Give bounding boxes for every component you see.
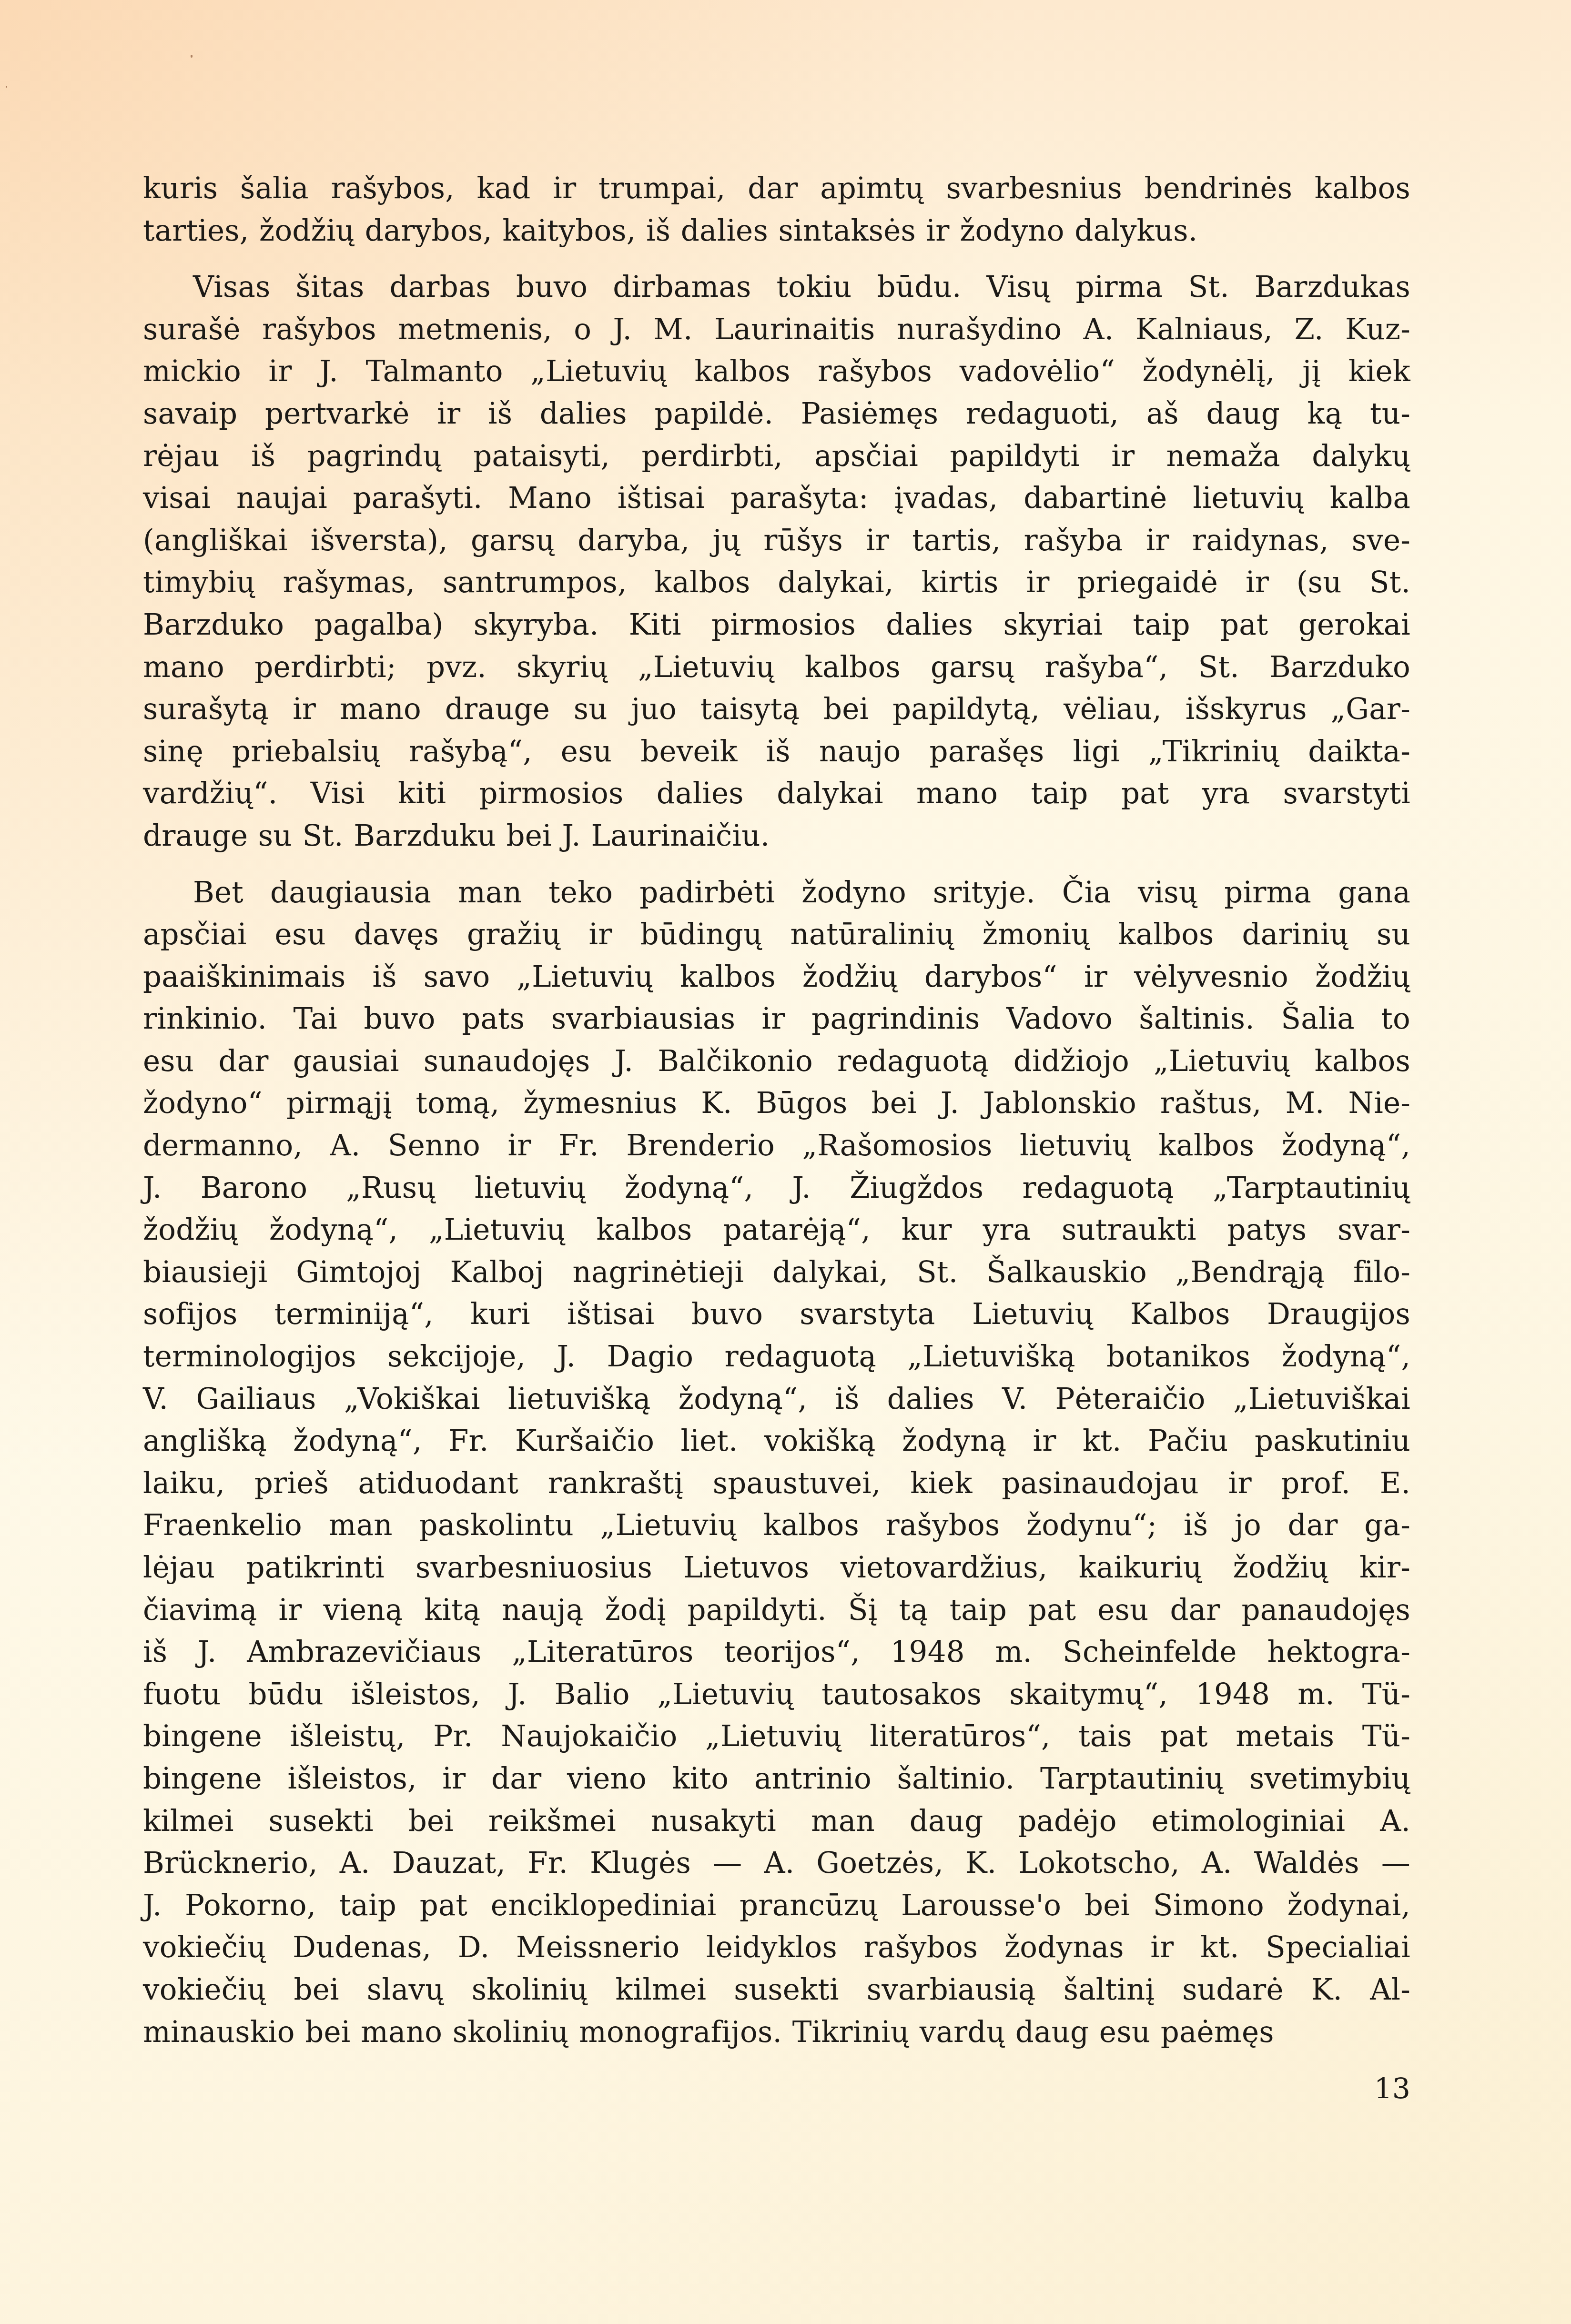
text-line: terminologijos sekcijoje, J. Dagio redag… xyxy=(143,1336,1410,1378)
text-line: čiavimą ir vieną kitą naują žodį papildy… xyxy=(143,1589,1410,1632)
text-line: tarties, žodžių darybos, kaitybos, iš da… xyxy=(143,210,1410,253)
page-body: kuris šalia rašybos, kad ir trumpai, dar… xyxy=(143,168,1410,2053)
text-line: mickio ir J. Talmanto „Lietuvių kalbos r… xyxy=(143,351,1410,393)
text-line: anglišką žodyną“, Fr. Kuršaičio liet. vo… xyxy=(143,1420,1410,1463)
text-line: vokiečių Dudenas, D. Meissnerio leidyklo… xyxy=(143,1927,1410,1969)
text-column: kuris šalia rašybos, kad ir trumpai, dar… xyxy=(143,168,1410,2053)
text-line: timybių rašymas, santrumpos, kalbos daly… xyxy=(143,562,1410,604)
text-line: fuotu būdu išleistos, J. Balio „Lietuvių… xyxy=(143,1674,1410,1716)
text-line: lėjau patikrinti svarbesniuosius Lietuvo… xyxy=(143,1547,1410,1589)
text-line: vardžių“. Visi kiti pirmosios dalies dal… xyxy=(143,773,1410,815)
text-line: (angliškai išversta), garsų daryba, jų r… xyxy=(143,520,1410,562)
text-line: kilmei susekti bei reikšmei nusakyti man… xyxy=(143,1800,1410,1843)
text-line: Brücknerio, A. Dauzat, Fr. Klugės — A. G… xyxy=(143,1842,1410,1885)
text-line: Barzduko pagalba) skyryba. Kiti pirmosio… xyxy=(143,604,1410,647)
text-line: sofijos terminiją“, kuri ištisai buvo sv… xyxy=(143,1293,1410,1336)
text-line: rinkinio. Tai buvo pats svarbiausias ir … xyxy=(143,998,1410,1041)
text-line: iš J. Ambrazevičiaus „Literatūros teorij… xyxy=(143,1631,1410,1674)
text-line: J. Pokorno, taip pat enciklopediniai pra… xyxy=(143,1885,1410,1927)
paper-speck xyxy=(191,55,193,58)
text-line: apsčiai esu davęs gražių ir būdingų natū… xyxy=(143,914,1410,956)
text-line: bingene išleistų, Pr. Naujokaičio „Lietu… xyxy=(143,1716,1410,1758)
paper-speck xyxy=(6,86,7,88)
text-line: minauskio bei mano skolinių monografijos… xyxy=(143,2011,1410,2054)
text-line: žodyno“ pirmąjį tomą, žymesnius K. Būgos… xyxy=(143,1082,1410,1125)
text-line: laiku, prieš atiduodant rankraštį spaust… xyxy=(143,1463,1410,1505)
text-line: Visas šitas darbas buvo dirbamas tokiu b… xyxy=(143,266,1410,309)
text-line: surašytą ir mano drauge su juo taisytą b… xyxy=(143,688,1410,731)
text-line: bingene išleistos, ir dar vieno kito ant… xyxy=(143,1758,1410,1800)
text-line: biausieji Gimtojoj Kalboj nagrinėtieji d… xyxy=(143,1252,1410,1294)
text-line: drauge su St. Barzduku bei J. Laurinaiči… xyxy=(143,815,1410,858)
page-number: 13 xyxy=(1368,2072,1410,2106)
paragraph: Visas šitas darbas buvo dirbamas tokiu b… xyxy=(143,266,1410,857)
text-line: žodžių žodyną“, „Lietuvių kalbos patarėj… xyxy=(143,1209,1410,1252)
text-line: Bet daugiausia man teko padirbėti žodyno… xyxy=(143,872,1410,914)
paragraph: kuris šalia rašybos, kad ir trumpai, dar… xyxy=(143,168,1410,252)
text-line: dermanno, A. Senno ir Fr. Brenderio „Raš… xyxy=(143,1125,1410,1167)
text-line: surašė rašybos metmenis, o J. M. Laurina… xyxy=(143,309,1410,351)
text-line: savaip pertvarkė ir iš dalies papildė. P… xyxy=(143,393,1410,435)
paragraph: Bet daugiausia man teko padirbėti žodyno… xyxy=(143,872,1410,2054)
text-line: rėjau iš pagrindų pataisyti, perdirbti, … xyxy=(143,435,1410,478)
text-line: kuris šalia rašybos, kad ir trumpai, dar… xyxy=(143,168,1410,210)
text-line: vokiečių bei slavų skolinių kilmei susek… xyxy=(143,1969,1410,2011)
text-line: mano perdirbti; pvz. skyrių „Lietuvių ka… xyxy=(143,647,1410,689)
text-line: visai naujai parašyti. Mano ištisai para… xyxy=(143,477,1410,520)
text-line: esu dar gausiai sunaudojęs J. Balčikonio… xyxy=(143,1041,1410,1083)
text-line: paaiškinimais iš savo „Lietuvių kalbos ž… xyxy=(143,956,1410,999)
text-line: V. Gailiaus „Vokiškai lietuvišką žodyną“… xyxy=(143,1378,1410,1421)
text-line: J. Barono „Rusų lietuvių žodyną“, J. Žiu… xyxy=(143,1167,1410,1210)
text-line: Fraenkelio man paskolintu „Lietuvių kalb… xyxy=(143,1505,1410,1547)
text-line: sinę priebalsių rašybą“, esu beveik iš n… xyxy=(143,731,1410,773)
